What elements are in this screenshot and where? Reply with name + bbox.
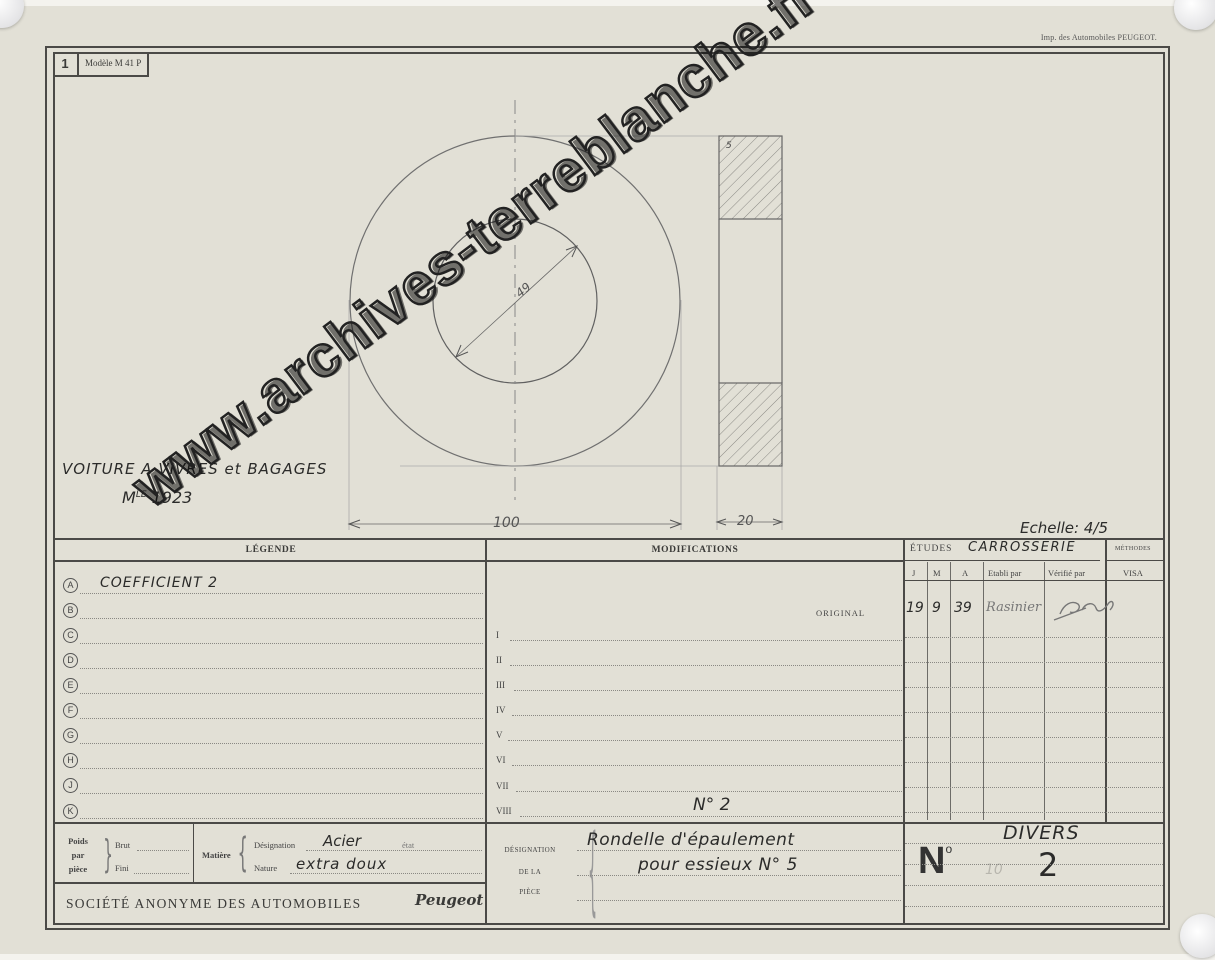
- col-m: M: [933, 568, 941, 578]
- methodes-label: MÉTHODES: [1115, 546, 1151, 552]
- svg-text:49: 49: [513, 280, 534, 301]
- etat-label: état: [402, 840, 414, 850]
- company-name: SOCIÉTÉ ANONYME DES AUTOMOBILES: [66, 896, 361, 912]
- date-year: 39: [954, 600, 972, 616]
- poids-label-1: Poids: [64, 836, 92, 846]
- date-day: 19: [906, 600, 924, 616]
- fini-label: Fini: [115, 863, 129, 873]
- modification-note: N° 2: [693, 795, 730, 815]
- matiere-label: Matière: [202, 850, 231, 860]
- brut-label: Brut: [115, 840, 130, 850]
- modification-row-label: VIII: [496, 806, 512, 816]
- modification-row-label: II: [496, 655, 502, 665]
- poids-bottom: [55, 882, 487, 884]
- svg-text:5: 5: [726, 141, 732, 151]
- designation-piece-line2: pour essieux N° 5: [638, 855, 798, 875]
- matiere-brace: {: [238, 832, 248, 874]
- category-label: DIVERS: [1003, 822, 1080, 844]
- scale-label: Echelle: 4/5: [1020, 519, 1108, 537]
- col-etabli-par: Etabli par: [988, 568, 1021, 578]
- modification-row-label: IV: [496, 705, 506, 715]
- legend-letter-e: E: [63, 678, 78, 693]
- col-j: J: [912, 568, 915, 578]
- legend-letter-k: K: [63, 804, 78, 819]
- nature-value: extra doux: [296, 855, 387, 873]
- col-verifie-par: Vérifié par: [1048, 568, 1085, 578]
- designation-piece-line1: Rondelle d'épaulement: [587, 830, 795, 850]
- col-a: A: [962, 568, 968, 578]
- designation-label: Désignation: [254, 840, 295, 850]
- legend-letter-a: A: [63, 578, 78, 593]
- modification-row-label: VI: [496, 755, 506, 765]
- date-month: 9: [932, 600, 941, 616]
- verifie-par-signature: [1050, 590, 1120, 626]
- designation-piece-label-1: DÉSIGNATION: [494, 846, 566, 854]
- original-label: ORIGINAL: [816, 608, 865, 618]
- designation-value: Acier: [323, 832, 361, 850]
- legend-letter-j: J: [63, 778, 78, 793]
- legend-letter-h: H: [63, 753, 78, 768]
- etudes-department: CARROSSERIE: [968, 540, 1076, 555]
- divider-modif-etudes: [903, 538, 905, 923]
- legend-letter-f: F: [63, 703, 78, 718]
- legend-letter-d: D: [63, 653, 78, 668]
- svg-text:20: 20: [737, 514, 754, 529]
- header-underline: [55, 560, 905, 562]
- svg-text:100: 100: [493, 515, 520, 531]
- etudes-sub-line: [905, 560, 1100, 561]
- peugeot-logo: Peugeot: [415, 891, 483, 909]
- divider-legende-modif: [485, 538, 487, 923]
- legend-letter-c: C: [63, 628, 78, 643]
- etudes-col-header-line: [905, 580, 1163, 581]
- legend-letter-g: G: [63, 728, 78, 743]
- poids-brace: }: [103, 834, 113, 874]
- designation-piece-label-2: DE LA: [494, 868, 566, 876]
- nature-label: Nature: [254, 863, 277, 873]
- modification-row-label: VII: [496, 781, 509, 791]
- designation-piece-label-3: PIÈCE: [494, 888, 566, 896]
- col-visa: VISA: [1123, 568, 1143, 578]
- numero-label: No: [918, 840, 952, 883]
- modification-row-label: V: [496, 730, 503, 740]
- etabli-par-signature: Rasinier: [986, 600, 1041, 615]
- modifications-header: MODIFICATIONS: [487, 545, 903, 555]
- modification-row-label: III: [496, 680, 505, 690]
- poids-label-2: par: [64, 850, 92, 860]
- legende-header: LÉGENDE: [57, 545, 485, 555]
- etudes-label: ÉTUDES: [910, 544, 952, 554]
- modification-row-label: I: [496, 630, 499, 640]
- legend-text-a: COEFFICIENT 2: [100, 575, 218, 591]
- poids-label-3: pièce: [64, 864, 92, 874]
- title-block-mid: [55, 822, 1165, 824]
- methodes-sub-line: [1107, 560, 1163, 561]
- numero-value: 2: [1038, 846, 1058, 884]
- poids-matiere-divider: [193, 822, 194, 882]
- legend-letter-b: B: [63, 603, 78, 618]
